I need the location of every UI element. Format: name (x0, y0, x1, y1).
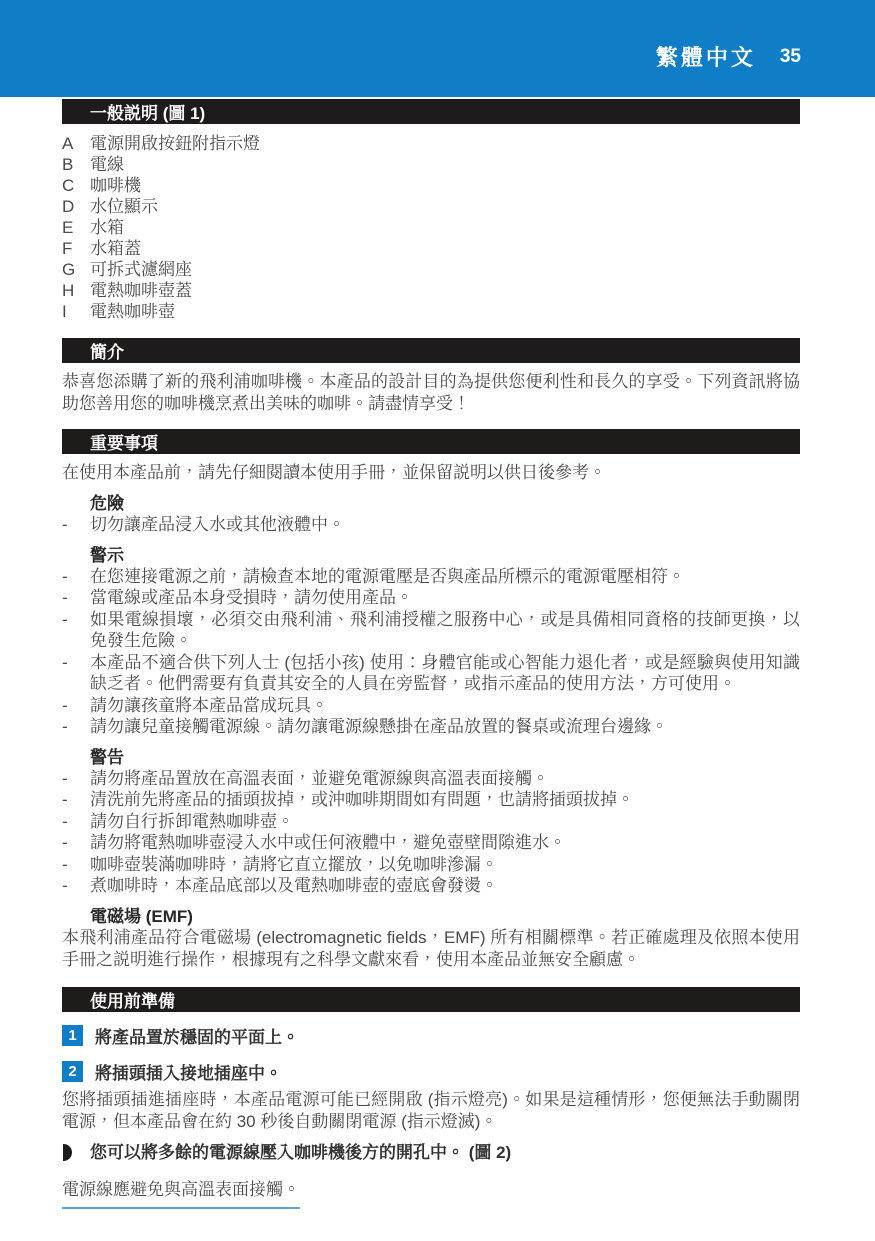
section-title: 重要事項 (90, 429, 158, 454)
list-item: F水箱蓋 (62, 238, 800, 259)
item-text: 當電線或產品本身受損時，請勿使用產品。 (90, 588, 413, 607)
item-letter: H (62, 280, 90, 301)
warning-subheading: 警示 (90, 545, 800, 566)
item-text: 請勿將產品置放在高溫表面，並避免電源線與高溫表面接觸。 (90, 769, 549, 788)
dash-marker: - (62, 587, 68, 609)
danger-list: -切勿讓產品浸入水或其他液體中。 (62, 514, 800, 536)
dash-marker: - (62, 768, 68, 790)
item-text: 如果電線損壞，必須交由飛利浦、飛利浦授權之服務中心，或是具備相同資格的技師更換，… (90, 610, 800, 651)
list-item: G可拆式濾網座 (62, 259, 800, 280)
half-circle-bullet-icon (63, 1144, 72, 1161)
step-text: 將插頭插入接地插座中。 (95, 1061, 282, 1084)
emf-subheading: 電磁場 (EMF) (90, 906, 800, 927)
item-letter: E (62, 217, 90, 238)
step-number-badge: 1 (62, 1025, 83, 1046)
dash-marker: - (62, 832, 68, 854)
list-item: -切勿讓產品浸入水或其他液體中。 (62, 514, 800, 536)
item-text: 本產品不適合供下列人士 (包括小孩) 使用：身體官能或心智能力退化者，或是經驗與… (90, 653, 800, 694)
list-item: I電熱咖啡壺 (62, 301, 800, 322)
section-title: 簡介 (90, 338, 124, 363)
language-label: 繁體中文 (656, 41, 756, 72)
danger-subheading: 危險 (90, 493, 800, 514)
item-text: 請勿自行拆卸電熱咖啡壺。 (90, 812, 294, 831)
item-letter: A (62, 133, 90, 154)
item-label: 可拆式濾網座 (90, 259, 192, 280)
item-text: 在您連接電源之前，請檢查本地的電源電壓是否與產品所標示的電源電壓相符。 (90, 567, 685, 586)
caution-subheading: 警告 (90, 747, 800, 768)
list-item: -請勿讓孩童將本產品當成玩具。 (62, 695, 800, 717)
item-letter: G (62, 259, 90, 280)
item-label: 電線 (90, 154, 124, 175)
step-text: 將產品置於穩固的平面上。 (95, 1025, 299, 1048)
warning-list: -在您連接電源之前，請檢查本地的電源電壓是否與產品所標示的電源電壓相符。 -當電… (62, 566, 800, 738)
list-item: -請勿自行拆卸電熱咖啡壺。 (62, 811, 800, 833)
section-header-important: 重要事項 (62, 429, 800, 454)
dash-marker: - (62, 875, 68, 897)
dash-marker: - (62, 789, 68, 811)
page-number: 35 (780, 46, 801, 68)
item-label: 電熱咖啡壺 (90, 301, 175, 322)
item-text: 咖啡壺裝滿咖啡時，請將它直立擺放，以免咖啡滲漏。 (90, 855, 498, 874)
item-letter: F (62, 238, 90, 259)
step-1: 1 將產品置於穩固的平面上。 (62, 1025, 800, 1048)
item-label: 電熱咖啡壺蓋 (90, 280, 192, 301)
step-result: 您可以將多餘的電源線壓入咖啡機後方的開孔中。 (圖 2) (62, 1142, 800, 1163)
list-item: H電熱咖啡壺蓋 (62, 280, 800, 301)
list-item: -請勿讓兒童接觸電源線。請勿讓電源線懸掛在產品放置的餐桌或流理台邊緣。 (62, 716, 800, 738)
dash-marker: - (62, 811, 68, 833)
item-text: 切勿讓產品浸入水或其他液體中。 (90, 515, 345, 534)
important-intro-text: 在使用本產品前，請先仔細閱讀本使用手冊，並保留説明以供日後參考。 (62, 462, 800, 484)
item-text: 煮咖啡時，本產品底部以及電熱咖啡壺的壺底會發燙。 (90, 876, 498, 895)
dash-marker: - (62, 566, 68, 588)
dash-marker: - (62, 609, 68, 631)
list-item: -請勿將電熱咖啡壺浸入水中或任何液體中，避免壺壁間隙進水。 (62, 832, 800, 854)
dash-marker: - (62, 716, 68, 738)
list-item: -清洗前先將產品的插頭拔掉，或沖咖啡期間如有問題，也請將插頭拔掉。 (62, 789, 800, 811)
caution-list: -請勿將產品置放在高溫表面，並避免電源線與高溫表面接觸。 -清洗前先將產品的插頭… (62, 768, 800, 897)
dash-marker: - (62, 695, 68, 717)
result-text: 您可以將多餘的電源線壓入咖啡機後方的開孔中。 (圖 2) (90, 1142, 511, 1163)
item-letter: D (62, 196, 90, 217)
list-item: -當電線或產品本身受損時，請勿使用產品。 (62, 587, 800, 609)
section-title: 一般説明 (圖 1) (90, 99, 205, 124)
list-item: -如果電線損壞，必須交由飛利浦、飛利浦授權之服務中心，或是具備相同資格的技師更換… (62, 609, 800, 652)
step-2: 2 將插頭插入接地插座中。 (62, 1061, 800, 1084)
page-header: 繁體中文 35 (0, 0, 875, 97)
manual-page: 繁體中文 35 一般説明 (圖 1) A電源開啟按鈕附指示燈 B電線 C咖啡機 … (0, 0, 875, 1241)
item-letter: C (62, 175, 90, 196)
section-title: 使用前準備 (90, 987, 175, 1012)
item-text: 請勿將電熱咖啡壺浸入水中或任何液體中，避免壺壁間隙進水。 (90, 833, 566, 852)
item-text: 請勿讓孩童將本產品當成玩具。 (90, 696, 328, 715)
section-header-general-description: 一般説明 (圖 1) (62, 99, 800, 124)
list-item: A電源開啟按鈕附指示燈 (62, 133, 800, 154)
item-text: 清洗前先將產品的插頭拔掉，或沖咖啡期間如有問題，也請將插頭拔掉。 (90, 790, 634, 809)
list-item: E水箱 (62, 217, 800, 238)
section-header-preparation: 使用前準備 (62, 987, 800, 1012)
step-2-note: 您將插頭插進插座時，本產品電源可能已經開啟 (指示燈亮)。如果是這種情形，您便無… (62, 1089, 800, 1133)
list-item: -請勿將產品置放在高溫表面，並避免電源線與高溫表面接觸。 (62, 768, 800, 790)
item-letter: B (62, 154, 90, 175)
parts-list: A電源開啟按鈕附指示燈 B電線 C咖啡機 D水位顯示 E水箱 F水箱蓋 G可拆式… (62, 133, 800, 322)
section-header-introduction: 簡介 (62, 338, 800, 363)
item-label: 水箱蓋 (90, 238, 141, 259)
page-content: 一般説明 (圖 1) A電源開啟按鈕附指示燈 B電線 C咖啡機 D水位顯示 E水… (62, 99, 800, 1209)
item-label: 電源開啟按鈕附指示燈 (90, 133, 260, 154)
dash-marker: - (62, 652, 68, 674)
list-item: C咖啡機 (62, 175, 800, 196)
list-item: B電線 (62, 154, 800, 175)
dash-marker: - (62, 514, 68, 536)
item-label: 水位顯示 (90, 196, 158, 217)
item-text: 請勿讓兒童接觸電源線。請勿讓電源線懸掛在產品放置的餐桌或流理台邊緣。 (90, 717, 668, 736)
list-item: -本產品不適合供下列人士 (包括小孩) 使用：身體官能或心智能力退化者，或是經驗… (62, 652, 800, 695)
list-item: -咖啡壺裝滿咖啡時，請將它直立擺放，以免咖啡滲漏。 (62, 854, 800, 876)
tip-text: 電源線應避免與高溫表面接觸。 (62, 1179, 300, 1209)
emf-text: 本飛利浦產品符合電磁場 (electromagnetic fields，EMF)… (62, 927, 800, 971)
introduction-text: 恭喜您添購了新的飛利浦咖啡機。本產品的設計目的為提供您便利性和長久的享受。下列資… (62, 371, 800, 415)
dash-marker: - (62, 854, 68, 876)
list-item: D水位顯示 (62, 196, 800, 217)
list-item: -煮咖啡時，本產品底部以及電熱咖啡壺的壺底會發燙。 (62, 875, 800, 897)
item-label: 水箱 (90, 217, 124, 238)
list-item: -在您連接電源之前，請檢查本地的電源電壓是否與產品所標示的電源電壓相符。 (62, 566, 800, 588)
step-number-badge: 2 (62, 1061, 83, 1082)
item-label: 咖啡機 (90, 175, 141, 196)
item-letter: I (62, 301, 90, 322)
